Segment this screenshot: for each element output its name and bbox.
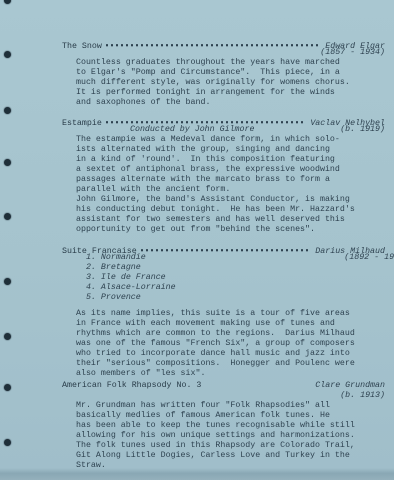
composer-dates: (1892 - 1974) [344, 253, 394, 263]
piece-heading: Suite Francaise Darius Milhaud [62, 243, 385, 253]
binder-hole-dot [4, 159, 11, 166]
program-entry-american-folk-rhapsody: American Folk Rhapsody No. 3 Clare Grund… [62, 381, 385, 471]
piece-heading: The Snow Edward Elgar [62, 38, 385, 48]
piece-title: The Snow [62, 42, 102, 52]
binder-hole-dot [4, 213, 11, 220]
movement-item: 4. Alsace-Lorraine [86, 283, 385, 293]
movement-list: (1892 - 1974) 1. Normandie 2. Bretagne 3… [86, 253, 385, 303]
page-bottom-shadow [0, 468, 394, 480]
program-entry-the-snow: The Snow Edward Elgar (1857 - 1934) Coun… [62, 38, 385, 108]
binder-hole-dot [4, 333, 11, 340]
movement-item: 2. Bretagne [86, 263, 385, 273]
binder-hole-dot [4, 107, 11, 114]
binder-hole-dot [4, 384, 11, 391]
dot-leader [106, 38, 321, 48]
composer-dates: (1857 - 1934) [62, 48, 385, 58]
movement-item: 1. Normandie [86, 253, 385, 263]
program-entry-suite-francaise: Suite Francaise Darius Milhaud (1892 - 1… [62, 243, 385, 379]
binder-hole-dot [4, 0, 11, 4]
program-page: The Snow Edward Elgar (1857 - 1934) Coun… [0, 0, 394, 480]
spacer [62, 125, 130, 135]
program-note-text: Mr. Grundman has written four "Folk Rhap… [76, 401, 385, 471]
movement-item: 5. Provence [86, 293, 385, 303]
piece-heading: Estampie Vaclav Nelhybel [62, 115, 385, 125]
program-note-text: The estampie was a Medeval dance form, i… [76, 135, 385, 235]
composer-dates: (b. 1919) [340, 125, 385, 135]
movement-item: 3. Ile de France [86, 273, 385, 283]
program-note-text: As its name implies, this suite is a tou… [76, 309, 385, 379]
conductor-credit-row: Conducted by John Gilmore (b. 1919) [62, 125, 385, 135]
program-note-text: Countless graduates throughout the years… [76, 58, 385, 108]
binder-hole-dot [4, 51, 11, 58]
dot-leader [141, 243, 312, 253]
composer-name: Clare Grundman [315, 381, 385, 391]
program-notes: The Snow Edward Elgar (1857 - 1934) Coun… [62, 38, 385, 471]
spacer [254, 125, 340, 135]
binder-hole-dot [4, 439, 11, 446]
program-entry-estampie: Estampie Vaclav Nelhybel Conducted by Jo… [62, 115, 385, 235]
conductor-credit: Conducted by John Gilmore [130, 125, 254, 135]
composer-dates: (b. 1913) [62, 391, 385, 401]
piece-heading: American Folk Rhapsody No. 3 Clare Grund… [62, 381, 385, 391]
binder-hole-dot [4, 278, 11, 285]
piece-title: American Folk Rhapsody No. 3 [62, 381, 201, 391]
dot-leader [106, 115, 306, 125]
